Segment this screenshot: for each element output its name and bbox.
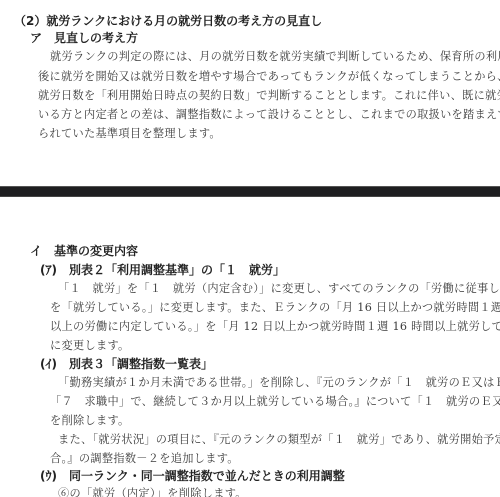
- item-line: 以上の労働に内定している。」を「月 12 日以上かつ就労時間１週 16 時間以上…: [50, 320, 500, 334]
- item-line: 「１ 就労」を「１ 就労（内定含む）」に変更し、すべてのランクの「労働に従事して…: [58, 282, 500, 296]
- item-line: また、「就労状況」の項目に、『元のランクの類型が「１ 就労」であり、就労開始予定…: [58, 433, 500, 447]
- paragraph-line: いる方と内定者との差は、調整指数によって設けることとし、これまでの取扱いを踏まえ…: [38, 108, 500, 122]
- item-title: (ｲ) 別表３「調整指数一覧表」: [40, 357, 213, 371]
- paragraph-line: 就労日数を「利用開始日時点の契約日数」で判断することとします。これに伴い、既に就…: [38, 89, 500, 103]
- item-title: (ｱ) 別表２「利用調整基準」の「１ 就労」: [40, 263, 285, 277]
- section-heading: イ 基準の変更内容: [30, 244, 138, 258]
- paragraph-line: られていた基準項目を整理します。: [38, 127, 221, 141]
- paragraph-line: 就労ランクの判定の際には、月の就労日数を就労実績で判断しているため、保育所の利用…: [50, 50, 500, 64]
- subsection-heading: ア 見直しの考え方: [30, 31, 138, 45]
- item-line: を「就労している。」に変更します。また、Ｅランクの「月 16 日以上かつ就労時間…: [50, 301, 500, 315]
- item-line: 「勤務実績が１か月未満である世帯。」を削除し、『元のランクが「１ 就労のＥ又はＦ…: [58, 376, 500, 390]
- item-line: に変更します。: [50, 339, 130, 353]
- item-line: 「７ 求職中」で、継続して３か月以上就労している場合。』について「１ 就労のＥ又…: [50, 395, 500, 409]
- document-page-bottom: イ 基準の変更内容 (ｱ) 別表２「利用調整基準」の「１ 就労」 「１ 就労」を…: [0, 197, 500, 497]
- item-line: を削除します。: [50, 414, 130, 428]
- page-divider: [0, 186, 500, 197]
- item-title: (ｳ) 同一ランク・同一調整指数で並んだときの利用調整: [40, 469, 345, 483]
- item-line: ⑥の「就労（内定）」を削除します。: [58, 487, 247, 497]
- paragraph-line: 後に就労を開始又は就労日数を増やす場合であってもランクが低くなってしまうことから…: [38, 70, 500, 84]
- document-page-top: （2）就労ランクにおける月の就労日数の考え方の見直し ア 見直しの考え方 就労ラ…: [0, 0, 500, 186]
- section-heading: （2）就労ランクにおける月の就労日数の考え方の見直し: [14, 14, 322, 28]
- item-line: 合。』の調整指数－２を追加します。: [50, 452, 239, 466]
